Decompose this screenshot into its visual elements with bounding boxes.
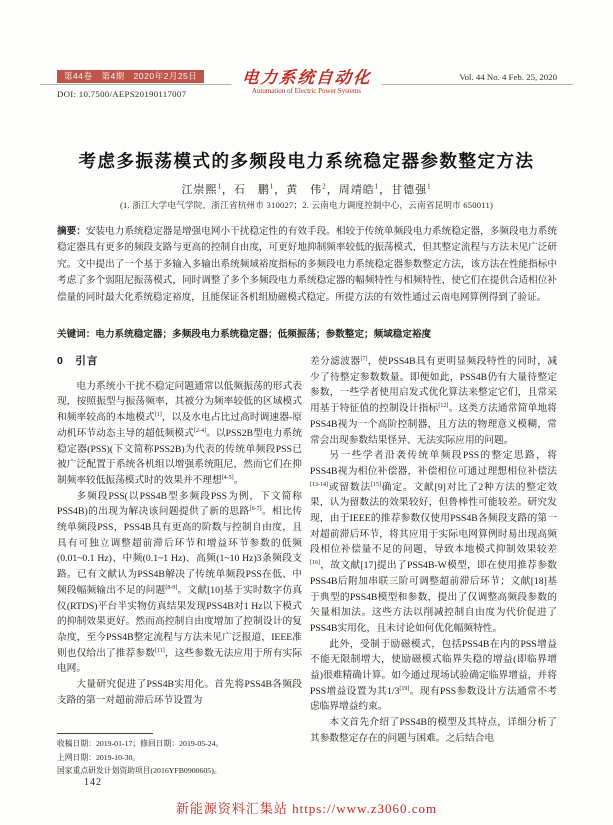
issue-info-box: 第44卷 第4期 2020年2月25日 [57, 70, 204, 83]
abstract-text: 安装电力系统稳定器是增强电网小干扰稳定性的有效手段。相较于传统单频段电力系统稳定… [57, 226, 557, 303]
right-column: 差分滤波器[7]，使PSS4B具有更明显频段特性的同时，减少了待整定参数数量。即… [310, 354, 557, 791]
paragraph: 另一些学者沿袭传统单频段PSS的整定思路，将PSS4B视为相位补偿器，补偿相位可… [310, 448, 557, 636]
volume-info: Vol. 44 No. 4 Feb. 25, 2020 [459, 72, 557, 82]
paragraph: 多频段PSS(以PSS4B型多频段PSS为例，下文简称PSS4B)的出现为解决该… [57, 489, 302, 677]
paragraph: 电力系统小干扰不稳定问题通常以低频振荡的形式表现，按照振型与振荡频率，其被分为频… [57, 379, 302, 489]
abstract-block: 摘要：安装电力系统稳定器是增强电网小干扰稳定性的有效手段。相较于传统单频段电力系… [57, 224, 557, 306]
journal-logo-cn: 电力系统自动化 [231, 64, 383, 88]
doi-text: DOI: 10.7500/AEPS20190117007 [57, 89, 186, 99]
left-column: 0 引言 电力系统小干扰不稳定问题通常以低频振荡的形式表现，按照振型与振荡频率，… [57, 354, 302, 734]
abstract-label: 摘要： [57, 226, 86, 237]
keywords-label: 关键词： [57, 329, 95, 340]
paragraph: 此外，受制于励磁模式，包括PSS4B在内的PSS增益不能无限制增大，使励磁模式临… [310, 637, 557, 716]
footnote-online-date: 上网日期：2019-10-30。 [57, 751, 307, 765]
affiliation-line: (1. 浙江大学电气学院，浙江省杭州市 310027；2. 云南电力调度控制中心… [0, 199, 613, 211]
keywords-text: 电力系统稳定器；多频段电力系统稳定器；低频振荡；参数整定；频域稳定裕度 [95, 329, 431, 340]
authors-line: 江崇熙1，石 鹏1，黄 伟2，周靖皓1，甘德强1 [0, 181, 613, 197]
page-title: 考虑多振荡模式的多频段电力系统稳定器参数整定方法 [0, 148, 613, 173]
journal-logo-en: Automation of Electric Power Systems [252, 87, 361, 95]
footnotes-block: 收稿日期：2019-01-17；修回日期：2019-05-24。 上网日期：20… [57, 737, 307, 778]
paragraph: 差分滤波器[7]，使PSS4B具有更明显频段特性的同时，减少了待整定参数数量。即… [310, 354, 557, 448]
footnote-received-date: 收稿日期：2019-01-17；修回日期：2019-05-24。 [57, 737, 307, 751]
paragraph: 大量研究促进了PSS4B实用化。首先将PSS4B各频段支路的第一对超前滞后环节设… [57, 677, 302, 708]
left-column-paragraphs: 电力系统小干扰不稳定问题通常以低频振荡的形式表现，按照振型与振荡频率，其被分为频… [57, 379, 302, 709]
keywords-block: 关键词：电力系统稳定器；多频段电力系统稳定器；低频振荡；参数整定；频域稳定裕度 [57, 327, 557, 343]
paragraph: 本文首先介绍了PSS4B的模型及其特点，详细分析了其参数整定存在的问题与困难。之… [310, 715, 557, 746]
footnote-divider [57, 733, 153, 734]
paper-page: 第44卷 第4期 2020年2月25日 DOI: 10.7500/AEPS201… [0, 0, 613, 825]
right-column-paragraphs: 差分滤波器[7]，使PSS4B具有更明显频段特性的同时，减少了待整定参数数量。即… [310, 354, 557, 747]
page-number: 142 [84, 777, 102, 788]
site-watermark-banner: 新能源资料汇集站 https://www.z3060.com [0, 798, 613, 817]
footnote-funding: 国家重点研发计划资助项目(2016YFB0900605)。 [57, 764, 307, 778]
section-heading-intro: 0 引言 [57, 354, 302, 370]
